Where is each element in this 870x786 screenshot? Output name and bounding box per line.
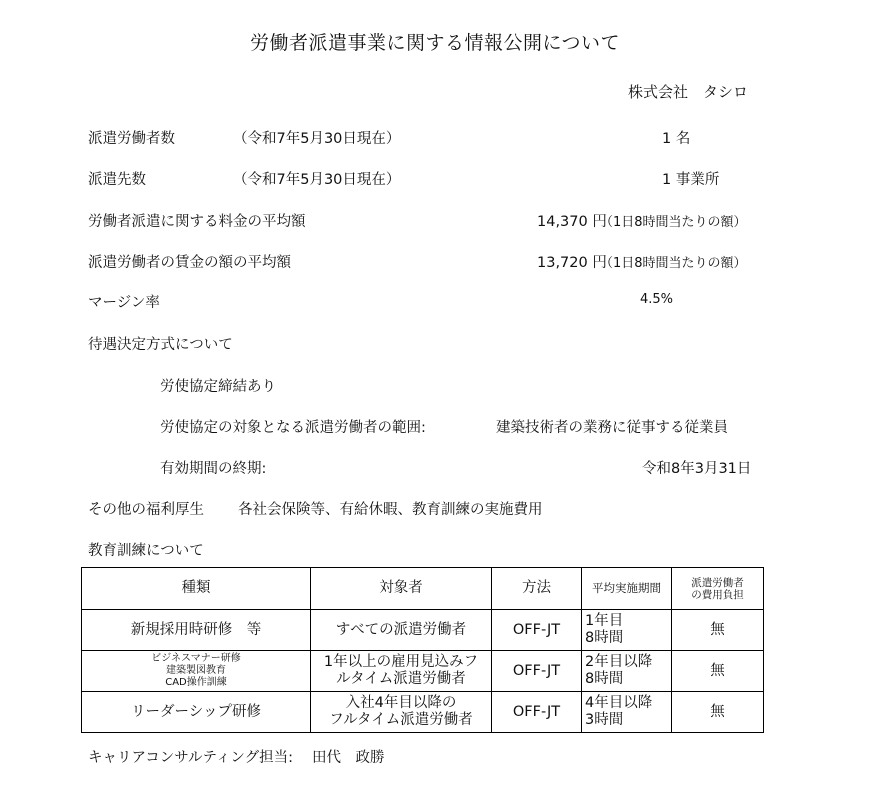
table-header-row: 種類 対象者 方法 平均実施期間 派遣労働者 の費用負担 (82, 568, 764, 610)
average-fee-note: （1日8時間当たりの額） (600, 211, 747, 230)
period-line: 8時間 (585, 630, 671, 647)
table-row: 新規採用時研修 等 すべての派遣労働者 OFF-JT 1年目 8時間 無 (82, 610, 764, 651)
type-line: CAD操作訓練 (82, 677, 310, 689)
training-table: 種類 対象者 方法 平均実施期間 派遣労働者 の費用負担 新規採用時研修 等 す… (81, 567, 764, 733)
cell-target: 1年以上の雇用見込みフ ルタイム派遣労働者 (311, 651, 492, 692)
cell-target: すべての派遣労働者 (311, 610, 492, 651)
header-cost-line: の費用負担 (672, 589, 763, 601)
type-line: ビジネスマナー研修 (82, 653, 310, 665)
dispatched-workers-value: 1 名 (662, 127, 690, 148)
training-heading: 教育訓練について (88, 539, 204, 560)
cell-type: リーダーシップ研修 (82, 692, 311, 733)
cell-target: 入社4年目以降の フルタイム派遣労働者 (311, 692, 492, 733)
cell-type: ビジネスマナー研修 建築製図教育 CAD操作訓練 (82, 651, 311, 692)
labor-agreement-status: 労使協定締結あり (160, 375, 276, 396)
average-wage-label: 派遣労働者の賃金の額の平均額 (88, 251, 291, 272)
header-type: 種類 (82, 568, 311, 610)
target-line: 1年以上の雇用見込みフ (311, 654, 491, 671)
header-period: 平均実施期間 (582, 568, 672, 610)
welfare-label: その他の福利厚生 (88, 498, 204, 519)
agreement-scope-value: 建築技術者の業務に従事する従業員 (496, 416, 728, 437)
expiry-label: 有効期間の終期: (160, 457, 266, 478)
average-fee-value: 14,370 円 (537, 210, 607, 231)
treatment-heading: 待遇決定方式について (88, 333, 233, 354)
table-row: ビジネスマナー研修 建築製図教育 CAD操作訓練 1年以上の雇用見込みフ ルタイ… (82, 651, 764, 692)
dispatch-destinations-value: 1 事業所 (662, 168, 719, 189)
target-line: ルタイム派遣労働者 (311, 671, 491, 688)
dispatched-workers-label: 派遣労働者数 (88, 127, 175, 148)
welfare-value: 各社会保険等、有給休暇、教育訓練の実施費用 (238, 498, 543, 519)
margin-rate-label: マージン率 (88, 291, 160, 312)
header-cost: 派遣労働者 の費用負担 (672, 568, 764, 610)
average-wage-note: （1日8時間当たりの額） (600, 252, 747, 271)
company-name: 株式会社 タシロ (628, 81, 748, 102)
average-fee-label: 労働者派遣に関する料金の平均額 (88, 210, 306, 231)
dispatched-workers-date-note: （令和7年5月30日現在） (233, 127, 400, 148)
period-line: 2年目以降 (585, 654, 671, 671)
expiry-value: 令和8年3月31日 (642, 457, 751, 478)
cell-type: 新規採用時研修 等 (82, 610, 311, 651)
cell-cost: 無 (672, 692, 764, 733)
margin-rate-value: 4.5% (640, 292, 673, 307)
dispatch-destinations-label: 派遣先数 (88, 168, 146, 189)
cell-cost: 無 (672, 610, 764, 651)
header-cost-line: 派遣労働者 (672, 577, 763, 589)
cell-period: 1年目 8時間 (582, 610, 672, 651)
header-target: 対象者 (311, 568, 492, 610)
cell-method: OFF-JT (492, 610, 582, 651)
type-line: 建築製図教育 (82, 665, 310, 677)
agreement-scope-label: 労使協定の対象となる派遣労働者の範囲: (160, 416, 426, 437)
career-consulting-label: キャリアコンサルティング担当: (88, 746, 293, 767)
period-line: 1年目 (585, 613, 671, 630)
table-row: リーダーシップ研修 入社4年目以降の フルタイム派遣労働者 OFF-JT 4年目… (82, 692, 764, 733)
career-consulting-name: 田代 政勝 (312, 746, 385, 767)
cell-period: 4年目以降 3時間 (582, 692, 672, 733)
header-method: 方法 (492, 568, 582, 610)
period-line: 8時間 (585, 671, 671, 688)
average-wage-value: 13,720 円 (537, 251, 607, 272)
page-title: 労働者派遣事業に関する情報公開について (0, 28, 870, 55)
cell-period: 2年目以降 8時間 (582, 651, 672, 692)
period-line: 4年目以降 (585, 695, 671, 712)
period-line: 3時間 (585, 712, 671, 729)
cell-method: OFF-JT (492, 692, 582, 733)
target-line: フルタイム派遣労働者 (311, 712, 491, 729)
target-line: 入社4年目以降の (311, 695, 491, 712)
dispatch-destinations-date-note: （令和7年5月30日現在） (233, 168, 400, 189)
cell-cost: 無 (672, 651, 764, 692)
cell-method: OFF-JT (492, 651, 582, 692)
